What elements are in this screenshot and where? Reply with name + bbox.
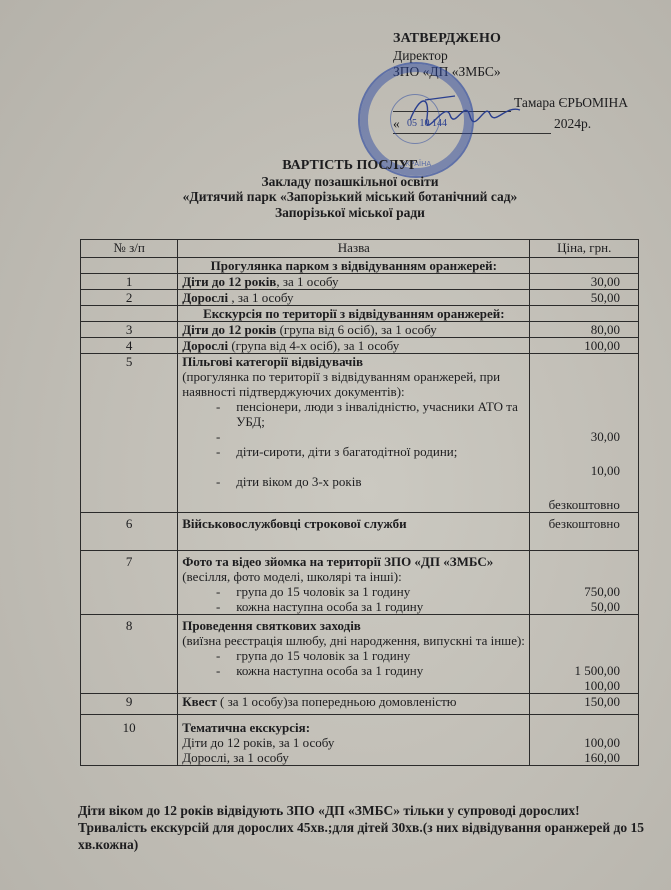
column-header-price: Ціна, грн. [530,240,639,258]
list-item: -кожна наступна особа за 1 годину [182,663,525,678]
date-handwritten: 05 10 144 [407,116,447,133]
note-children-accompanied: Діти віком до 12 років відвідують ЗПО «Д… [78,802,658,819]
section-row-excursion: Екскурсія по території з відвідуванням о… [81,306,639,322]
table-row-photo: 7 Фото та відео зйомка на території ЗПО … [81,551,639,615]
footer-notes: Діти віком до 12 років відвідують ЗПО «Д… [78,802,658,853]
date-blank: «05 10 144 [393,116,551,134]
signature-line: Тамара ЄРЬОМІНА [393,95,628,113]
list-item: -група до 15 чоловік за 1 годину [182,584,525,599]
signatory-name: Тамара ЄРЬОМІНА [514,95,628,110]
table-row-themed-excursion: 10 Тематична екскурсія: Діти до 12 років… [81,715,639,766]
list-item: - [182,429,525,444]
document-title: ВАРТІСТЬ ПОСЛУГ [60,158,640,174]
table-row: 1 Діти до 12 років, за 1 особу 30,00 [81,274,639,290]
table-row: 3 Діти до 12 років (група від 6 осіб), з… [81,322,639,338]
header-line-2: «Дитячий парк «Запорізький міський ботан… [60,189,640,205]
list-item: -діти-сироти, діти з багатодітної родини… [182,444,525,459]
approval-organization: ЗПО «ДП «ЗМБС» [393,64,628,81]
table-row: 6 Військовослужбовці строкової служби бе… [81,513,639,551]
column-header-name: Назва [178,240,530,258]
price-table: № з/п Назва Ціна, грн. Прогулянка парком… [80,239,639,766]
date-quote: « [393,116,400,133]
list-item: -діти віком до 3-х років [182,474,525,489]
list-item: -група до 15 чоловік за 1 годину [182,648,525,663]
table-row-events: 8 Проведення святкових заходів (виїзна р… [81,615,639,694]
section-row-walk: Прогулянка парком з відвідуванням оранже… [81,258,639,274]
section-title: Прогулянка парком з відвідуванням оранже… [178,258,530,274]
table-row-benefits: 5 Пільгові категорії відвідувачів (прогу… [81,354,639,513]
date-line: «05 10 1442024р. [393,116,628,134]
header-line-1: Закладу позашкільної освіти [60,174,640,190]
table-header-row: № з/п Назва Ціна, грн. [81,240,639,258]
column-header-number: № з/п [81,240,178,258]
document-header: ВАРТІСТЬ ПОСЛУГ Закладу позашкільної осв… [60,158,640,220]
header-line-3: Запорізької міської ради [60,205,640,221]
approval-title: ЗАТВЕРДЖЕНО [393,31,628,48]
table-row: 4 Дорослі (група від 4-х осіб), за 1 осо… [81,338,639,354]
note-excursion-duration: Тривалість екскурсій для дорослих 45хв.;… [78,819,658,853]
list-item: -пенсіонери, люди з інвалідністю, учасни… [182,399,525,429]
approval-position: Директор [393,48,628,65]
table-row: 2 Дорослі , за 1 особу 50,00 [81,290,639,306]
table-row: 9 Квест ( за 1 особу)за попередньою домо… [81,694,639,715]
signature-blank [393,95,511,113]
list-item: -кожна наступна особа за 1 годину [182,599,525,614]
date-year: 2024р. [554,116,591,131]
section-title: Екскурсія по території з відвідуванням о… [178,306,530,322]
approval-block: ЗАТВЕРДЖЕНО Директор ЗПО «ДП «ЗМБС» Тама… [393,31,628,134]
